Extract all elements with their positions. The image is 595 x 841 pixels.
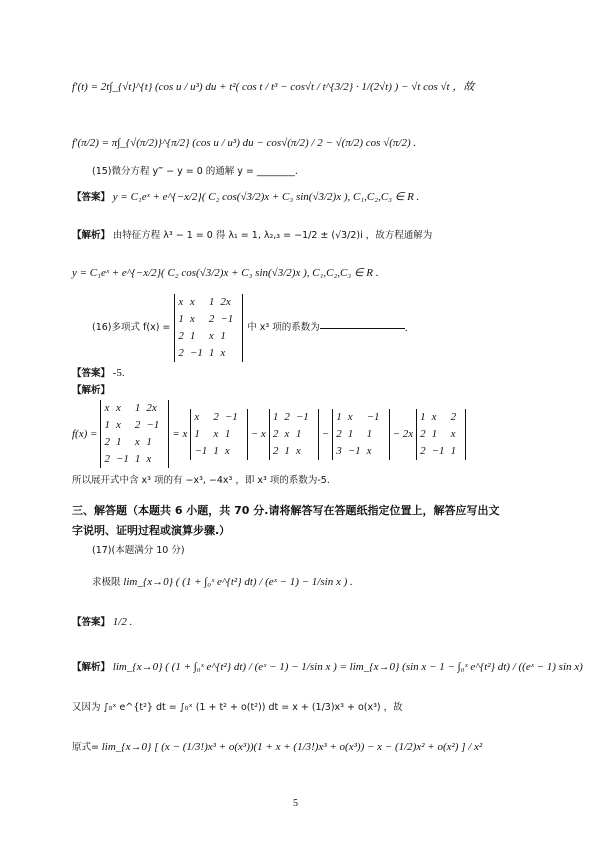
analysis-label: 【解析】 xyxy=(72,385,110,396)
analysis-label: 【解析】 xyxy=(72,230,110,241)
answer-label: 【答案】 xyxy=(72,192,110,203)
section-3-heading-line1: 三、解答题（本题共 6 小题，共 70 分.请将解答写在答题纸指定位置上，解答应… xyxy=(72,504,499,518)
answer-text: 1/2 . xyxy=(113,616,133,628)
step-label: 原式= xyxy=(72,742,99,753)
formula-text: f′(t) = 2t∫_{√t}^{t} (cos u / u³) du + t… xyxy=(72,81,474,93)
solution-text: y = C₁eˣ + e^{−x/2}( C₂ cos(√3/2)x + C₃ … xyxy=(72,267,379,279)
limit-expression: lim_{x→0} ( (1 + ∫₀ˣ e^{t²} dt) / (eˣ − … xyxy=(123,576,352,588)
expansion-lhs: f(x) = xyxy=(72,427,97,441)
analysis-label: 【解析】 xyxy=(72,662,110,673)
analysis-step-3: lim_{x→0} [ (x − (1/3!)x³ + o(x³))(1 + x… xyxy=(102,741,483,753)
heading-text: 字说明、证明过程或演算步骤.） xyxy=(72,524,230,537)
answer-text: y = C₁eˣ + e^{−x/2}( C₂ cos(√3/2)x + C₃ … xyxy=(113,191,420,203)
term-coef: = x xyxy=(172,427,187,441)
q17-step-3: 原式= lim_{x→0} [ (x − (1/3!)x³ + o(x³))(1… xyxy=(72,740,482,755)
minor-1: x2−1 1x1 −11x xyxy=(190,409,247,460)
answer-label: 【答案】 xyxy=(72,617,110,628)
section-3-heading-line2: 字说明、证明过程或演算步骤.） xyxy=(72,524,230,538)
conclusion-text: 所以展开式中含 x³ 项的有 −x³, −4x³ ，即 x³ 项的系数为-5. xyxy=(72,475,330,486)
q16-expansion: f(x) = xx12x 1x2−1 21x1 2−11x = x x2−1 1… xyxy=(72,398,469,470)
q15-analysis: 【解析】 由特征方程 λ³ − 1 = 0 得 λ₁ = 1, λ₂,₃ = −… xyxy=(72,228,432,243)
q17-analysis: 【解析】 lim_{x→0} ( (1 + ∫₀ˣ e^{t²} dt) / (… xyxy=(72,660,583,675)
question-16: (16)多项式 f(x) = xx12x 1x2−1 21x1 2−11x 中 … xyxy=(92,296,408,360)
term-coef: − 2x xyxy=(393,427,414,441)
q15-solution: y = C₁eˣ + e^{−x/2}( C₂ cos(√3/2)x + C₃ … xyxy=(72,266,379,280)
q17-answer: 【答案】 1/2 . xyxy=(72,615,132,630)
q16-answer: 【答案】 -5. xyxy=(72,366,125,381)
q16-analysis-label: 【解析】 xyxy=(72,383,110,398)
q17-prompt: 求极限 lim_{x→0} ( (1 + ∫₀ˣ e^{t²} dt) / (e… xyxy=(92,575,353,590)
question-text: (15)微分方程 y‴ − y = 0 的通解 y = ________. xyxy=(92,166,298,177)
minor-2: 12−1 2x1 21x xyxy=(269,409,319,460)
analysis-text: 由特征方程 λ³ − 1 = 0 得 λ₁ = 1, λ₂,₃ = −1/2 ±… xyxy=(113,230,433,241)
minor-3: 1x−1 211 3−1x xyxy=(332,409,389,460)
question-prefix: (16)多项式 f(x) = xyxy=(92,321,170,335)
prompt-label: 求极限 xyxy=(92,577,121,588)
q16-conclusion: 所以展开式中含 x³ 项的有 −x³, −4x³ ，即 x³ 项的系数为-5. xyxy=(72,474,330,488)
q15-answer: 【答案】 y = C₁eˣ + e^{−x/2}( C₂ cos(√3/2)x … xyxy=(72,190,419,205)
heading-text: 三、解答题（本题共 6 小题，共 70 分.请将解答写在答题纸指定位置上，解答应… xyxy=(72,504,499,517)
answer-label: 【答案】 xyxy=(72,368,110,379)
formula-fprime-t: f′(t) = 2t∫_{√t}^{t} (cos u / u³) du + t… xyxy=(72,80,474,94)
q17-step-2: 又因为 ∫₀ˣ e^{t²} dt = ∫₀ˣ (1 + t² + o(t²))… xyxy=(72,700,403,715)
question-suffix: 中 x³ 项的系数为 xyxy=(247,321,319,335)
analysis-step-1: lim_{x→0} ( (1 + ∫₀ˣ e^{t²} dt) / (eˣ − … xyxy=(113,661,583,673)
question-17: (17)(本题满分 10 分) xyxy=(92,544,185,558)
determinant-4x4: xx12x 1x2−1 21x1 2−11x xyxy=(100,400,169,468)
formula-text: f′(π/2) = π∫_{√(π/2)}^{π/2} (cos u / u³)… xyxy=(72,137,416,149)
question-15: (15)微分方程 y‴ − y = 0 的通解 y = ________. xyxy=(92,165,298,179)
term-coef: − x xyxy=(251,427,266,441)
question-text: (17)(本题满分 10 分) xyxy=(92,545,185,556)
document-page: f′(t) = 2t∫_{√t}^{t} (cos u / u³) du + t… xyxy=(0,0,595,841)
analysis-step-2: 又因为 ∫₀ˣ e^{t²} dt = ∫₀ˣ (1 + t² + o(t²))… xyxy=(72,702,403,713)
term-coef: − xyxy=(322,427,329,441)
determinant-4x4: xx12x 1x2−1 21x1 2−11x xyxy=(174,294,243,362)
minor-4: 1x2 21x 2−11 xyxy=(416,409,466,460)
answer-blank xyxy=(320,328,405,329)
page-number: 5 xyxy=(293,798,298,809)
formula-fprime-pi2: f′(π/2) = π∫_{√(π/2)}^{π/2} (cos u / u³)… xyxy=(72,136,416,150)
answer-text: -5. xyxy=(113,367,125,379)
